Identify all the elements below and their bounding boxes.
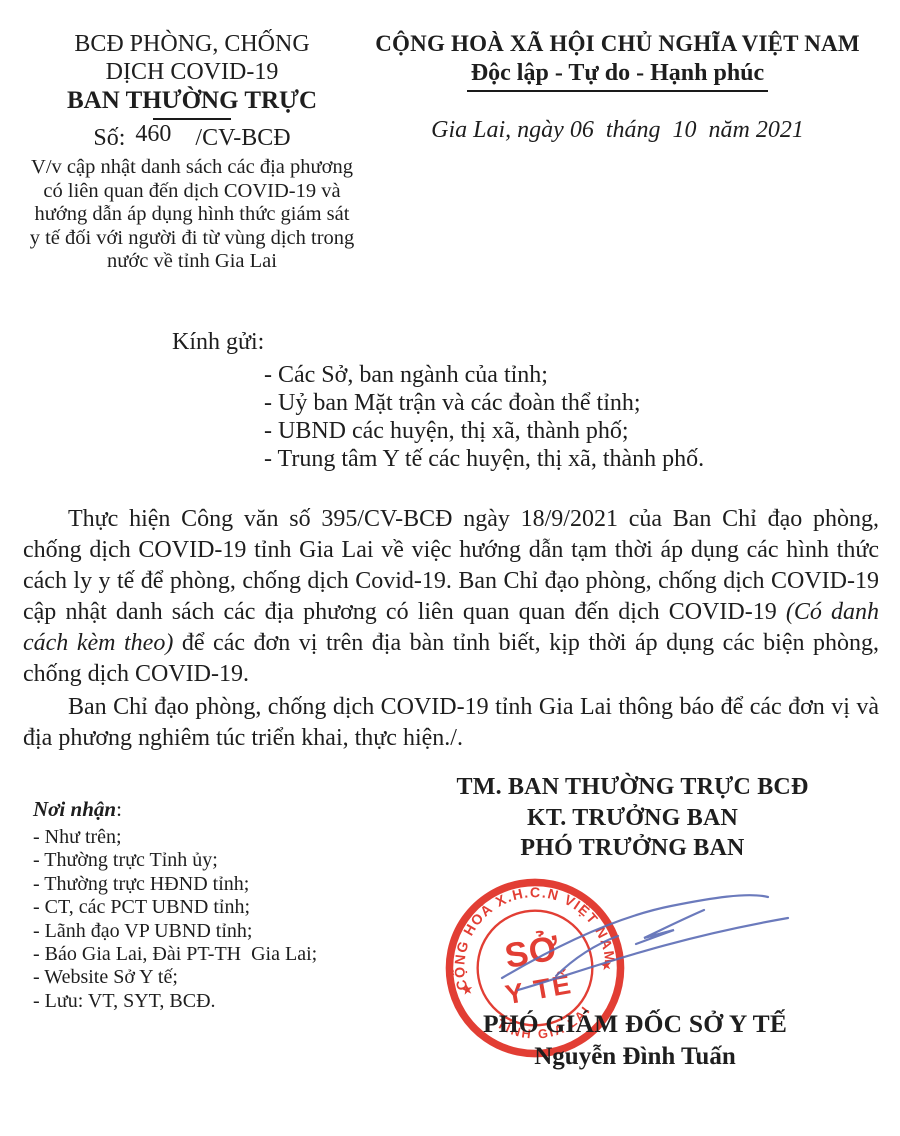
recipient-line: - Trung tâm Y tế các huyện, thị xã, thàn…: [264, 445, 704, 473]
subject-line: nước về tỉnh Gia Lai: [14, 250, 370, 274]
issuing-org-line-2: DỊCH COVID-19: [22, 58, 362, 86]
authority-line: PHÓ TRƯỞNG BAN: [400, 833, 865, 864]
distribution-list: - Như trên; - Thường trực Tỉnh ủy; - Thư…: [33, 826, 317, 1013]
body-paragraph-1: Thực hiện Công văn số 395/CV-BCĐ ngày 18…: [23, 504, 879, 690]
distribution-item: - CT, các PCT UBND tỉnh;: [33, 896, 317, 919]
place-and-date: Gia Lai, ngày 06 tháng 10 năm 2021: [370, 117, 865, 144]
salutation-label: Kính gửi:: [172, 329, 264, 356]
issuing-org-line-1: BCĐ PHÒNG, CHỐNG: [22, 30, 362, 58]
issuing-org-name: BAN THƯỜNG TRỰC: [22, 86, 362, 115]
handwritten-signature: [496, 880, 806, 1005]
recipient-line: - Uỷ ban Mặt trận và các đoàn thể tỉnh;: [264, 389, 704, 417]
document-number: Số:460/CV-BCĐ: [22, 125, 362, 152]
paragraph-text: Thực hiện Công văn số 395/CV-BCĐ ngày 18…: [23, 506, 879, 625]
org-name-underline: [153, 118, 231, 120]
distribution-block: Nơi nhận: - Như trên; - Thường trực Tỉnh…: [33, 797, 317, 1013]
subject-line: có liên quan đến dịch COVID-19 và: [14, 180, 370, 204]
distribution-colon: :: [116, 797, 122, 821]
paragraph-text: Ban Chỉ đạo phòng, chống dịch COVID-19 t…: [23, 694, 879, 751]
signer-title: PHÓ GIÁM ĐỐC SỞ Y TẾ: [400, 1009, 870, 1039]
recipient-list: - Các Sở, ban ngành của tỉnh; - Uỷ ban M…: [264, 361, 704, 473]
subject-line: V/v cập nhật danh sách các địa phương: [14, 156, 370, 180]
signature-stroke: [556, 936, 618, 976]
distribution-item: - Lưu: VT, SYT, BCĐ.: [33, 990, 317, 1013]
recipient-line: - Các Sở, ban ngành của tỉnh;: [264, 361, 704, 389]
distribution-item: - Website Sở Y tế;: [33, 966, 317, 989]
distribution-label: Nơi nhận: [33, 797, 116, 821]
national-header-block: CỘNG HOÀ XÃ HỘI CHỦ NGHĨA VIỆT NAM Độc l…: [370, 30, 865, 144]
distribution-item: - Báo Gia Lai, Đài PT-TH Gia Lai;: [33, 943, 317, 966]
issuing-org-block: BCĐ PHÒNG, CHỐNG DỊCH COVID-19 BAN THƯỜN…: [22, 30, 362, 152]
distribution-item: - Thường trực HĐND tỉnh;: [33, 873, 317, 896]
body-paragraph-2: Ban Chỉ đạo phòng, chống dịch COVID-19 t…: [23, 692, 879, 754]
document-subject: V/v cập nhật danh sách các địa phương có…: [14, 156, 370, 274]
recipient-line: - UBND các huyện, thị xã, thành phố;: [264, 417, 704, 445]
document-number-label: Số:: [93, 125, 125, 151]
subject-line: hướng dẫn áp dụng hình thức giám sát: [14, 203, 370, 227]
national-motto: Độc lập - Tự do - Hạnh phúc: [467, 59, 768, 92]
signature-stroke: [518, 918, 788, 990]
signature-stroke: [502, 895, 768, 978]
star-icon: ★: [460, 980, 475, 998]
document-number-suffix: /CV-BCĐ: [195, 125, 290, 151]
document-page: BCĐ PHÒNG, CHỐNG DỊCH COVID-19 BAN THƯỜN…: [0, 0, 900, 1136]
signer-name: Nguyễn Đình Tuấn: [400, 1043, 870, 1071]
distribution-header: Nơi nhận:: [33, 797, 317, 822]
document-number-value: 460: [135, 121, 171, 147]
national-title: CỘNG HOÀ XÃ HỘI CHỦ NGHĨA VIỆT NAM: [370, 30, 865, 57]
subject-line: y tế đối với người đi từ vùng dịch trong: [14, 227, 370, 251]
distribution-item: - Lãnh đạo VP UBND tỉnh;: [33, 920, 317, 943]
authority-line: TM. BAN THƯỜNG TRỰC BCĐ: [400, 772, 865, 803]
signature-scribble-graphic: [496, 880, 806, 1005]
distribution-item: - Thường trực Tỉnh ủy;: [33, 849, 317, 872]
signing-authority-block: TM. BAN THƯỜNG TRỰC BCĐ KT. TRƯỞNG BAN P…: [400, 772, 865, 864]
distribution-item: - Như trên;: [33, 826, 317, 849]
authority-line: KT. TRƯỞNG BAN: [400, 803, 865, 834]
